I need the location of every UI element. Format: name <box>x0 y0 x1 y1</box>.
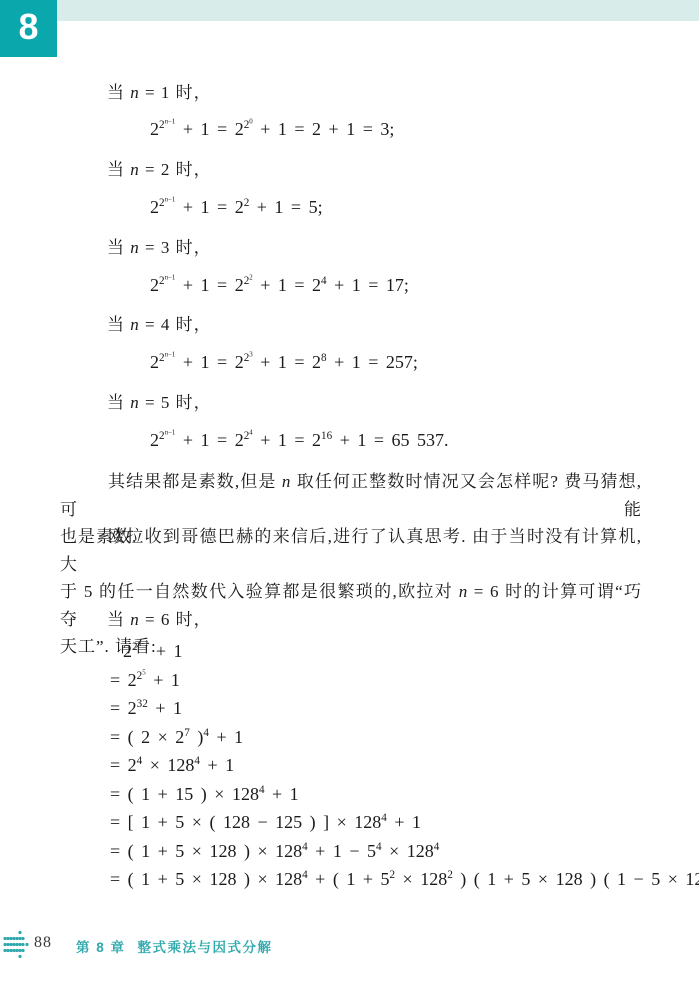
chapter-footer-label: 第 8 章 <box>76 940 126 955</box>
dots-arrow-icon <box>3 930 30 958</box>
derivation-line: = ( 1 + 5 × 128 ) × 1284 + 1 − 54 × 1284 <box>110 837 699 866</box>
case-formula-n3: 22n−1 + 1 = 222 + 1 = 24 + 1 = 17; <box>150 274 409 296</box>
chapter-tab: 8 <box>0 0 57 57</box>
derivation-line: 22n−1 + 1 <box>110 637 699 666</box>
paragraph-line: 其结果都是素数,但是 n 取任何正整数时情况又会怎样呢? 费马猜想,可能 <box>60 468 642 523</box>
derivation-line: = 24 × 1284 + 1 <box>110 751 699 780</box>
derivation-block: 22n−1 + 1 = 225 + 1 = 232 + 1 = ( 2 × 27… <box>110 637 699 894</box>
case-formula-n1: 22n−1 + 1 = 220 + 1 = 2 + 1 = 3; <box>150 118 394 140</box>
case-formula-n4: 22n−1 + 1 = 223 + 1 = 28 + 1 = 257; <box>150 351 418 373</box>
case-label-n1: 当 n = 1 时， <box>107 83 212 103</box>
chapter-footer-text: 第 8 章整式乘法与因式分解 <box>76 936 273 956</box>
case-label-n2: 当 n = 2 时， <box>107 160 212 180</box>
page-number: 88 <box>34 934 52 952</box>
case-formula-n2: 22n−1 + 1 = 22 + 1 = 5; <box>150 196 323 218</box>
derivation-line: = ( 2 × 27 )4 + 1 <box>110 723 699 752</box>
case-formula-n5: 22n−1 + 1 = 224 + 1 = 216 + 1 = 65 537. <box>150 429 449 451</box>
case-label-n4: 当 n = 4 时， <box>107 315 212 335</box>
chapter-footer-title: 整式乘法与因式分解 <box>138 940 273 955</box>
derivation-line: = ( 1 + 5 × 128 ) × 1284 + ( 1 + 52 × 12… <box>110 865 699 894</box>
page-footer: 88 第 8 章整式乘法与因式分解 <box>0 926 699 962</box>
case-label-n5: 当 n = 5 时， <box>107 393 212 413</box>
derivation-line: = ( 1 + 15 ) × 1284 + 1 <box>110 780 699 809</box>
derivation-line: = 225 + 1 <box>110 666 699 695</box>
case-label-n6: 当 n = 6 时， <box>107 610 212 630</box>
chapter-tab-number: 8 <box>18 9 38 49</box>
derivation-line: = [ 1 + 5 × ( 128 − 125 ) ] × 1284 + 1 <box>110 808 699 837</box>
case-label-n3: 当 n = 3 时， <box>107 238 212 258</box>
textbook-page: 8 当 n = 1 时， 22n−1 + 1 = 220 + 1 = 2 + 1… <box>0 0 699 988</box>
derivation-line: = 232 + 1 <box>110 694 699 723</box>
paragraph-line: 欧拉收到哥德巴赫的来信后,进行了认真思考. 由于当时没有计算机,大 <box>60 523 642 578</box>
header-band <box>57 0 699 21</box>
